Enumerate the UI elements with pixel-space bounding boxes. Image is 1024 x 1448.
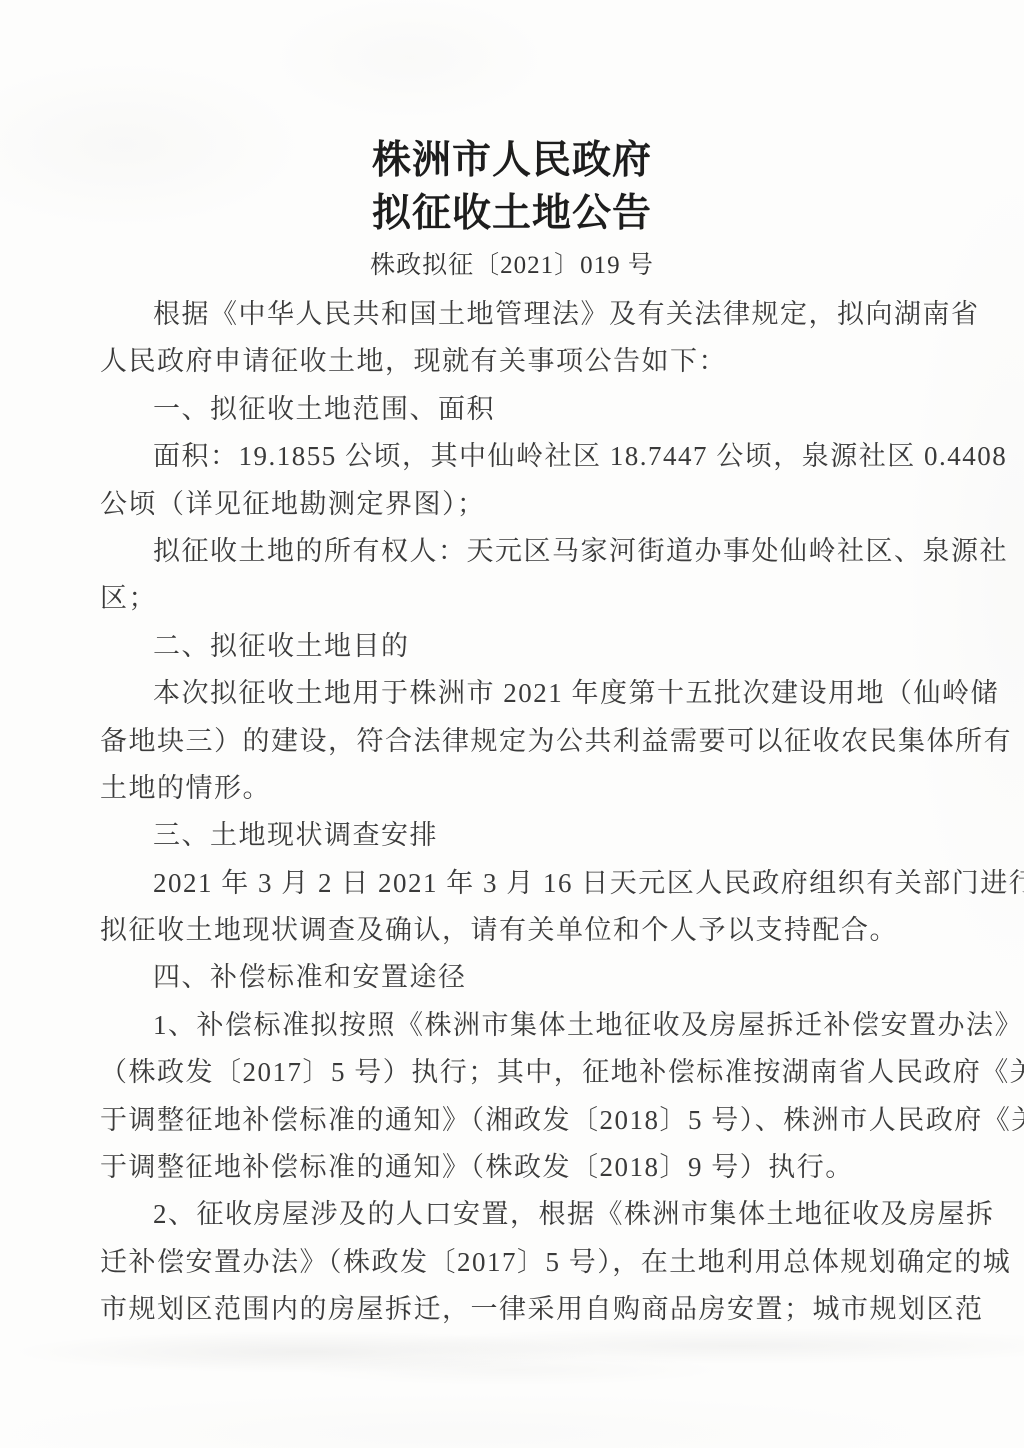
body-line: （株政发〔2017〕5 号）执行；其中，征地补偿标准按湖南省人民政府《关 — [100, 1049, 966, 1096]
body-line: 拟征收土地的所有权人：天元区马家河街道办事处仙岭社区、泉源社 — [100, 528, 966, 575]
body-line: 面积：19.1855 公顷，其中仙岭社区 18.7447 公顷，泉源社区 0.4… — [100, 433, 966, 480]
body-line: 本次拟征收土地用于株洲市 2021 年度第十五批次建设用地（仙岭储 — [100, 670, 966, 717]
body-line: 二、拟征收土地目的 — [100, 623, 966, 670]
body-line: 于调整征地补偿标准的通知》（湘政发〔2018〕5 号）、株洲市人民政府《关 — [100, 1097, 966, 1144]
body-line: 人民政府申请征收土地，现就有关事项公告如下： — [100, 338, 966, 385]
body-line: 备地块三）的建设，符合法律规定为公共利益需要可以征收农民集体所有 — [100, 718, 966, 765]
body-line: 区； — [100, 575, 966, 622]
body-line: 市规划区范围内的房屋拆迁，一律采用自购商品房安置；城市规划区范 — [100, 1286, 966, 1333]
body-line: 迁补偿安置办法》（株政发〔2017〕5 号），在土地利用总体规划确定的城 — [100, 1239, 966, 1286]
document-title-block: 株洲市人民政府 拟征收土地公告 — [0, 134, 1024, 240]
document-body: 根据《中华人民共和国土地管理法》及有关法律规定，拟向湖南省人民政府申请征收土地，… — [100, 291, 966, 1334]
body-line: 三、土地现状调查安排 — [100, 812, 966, 859]
body-line: 土地的情形。 — [100, 765, 966, 812]
body-line: 2021 年 3 月 2 日 2021 年 3 月 16 日天元区人民政府组织有… — [100, 860, 966, 907]
document-number: 株政拟征〔2021〕019 号 — [0, 250, 1024, 282]
document-title-line1: 株洲市人民政府 — [0, 134, 1024, 187]
body-line: 2、征收房屋涉及的人口安置，根据《株洲市集体土地征收及房屋拆 — [100, 1191, 966, 1238]
body-line: 公顷（详见征地勘测定界图）； — [100, 481, 966, 528]
document-title-line2: 拟征收土地公告 — [0, 187, 1024, 240]
body-line: 一、拟征收土地范围、面积 — [100, 386, 966, 433]
body-line: 拟征收土地现状调查及确认，请有关单位和个人予以支持配合。 — [100, 907, 966, 954]
body-line: 1、补偿标准拟按照《株洲市集体土地征收及房屋拆迁补偿安置办法》 — [100, 1002, 966, 1049]
body-line: 根据《中华人民共和国土地管理法》及有关法律规定，拟向湖南省 — [100, 291, 966, 338]
body-line: 四、补偿标准和安置途径 — [100, 954, 966, 1001]
body-line: 于调整征地补偿标准的通知》（株政发〔2018〕9 号）执行。 — [100, 1144, 966, 1191]
document-page: 株洲市人民政府 拟征收土地公告 株政拟征〔2021〕019 号 根据《中华人民共… — [0, 0, 1024, 1448]
